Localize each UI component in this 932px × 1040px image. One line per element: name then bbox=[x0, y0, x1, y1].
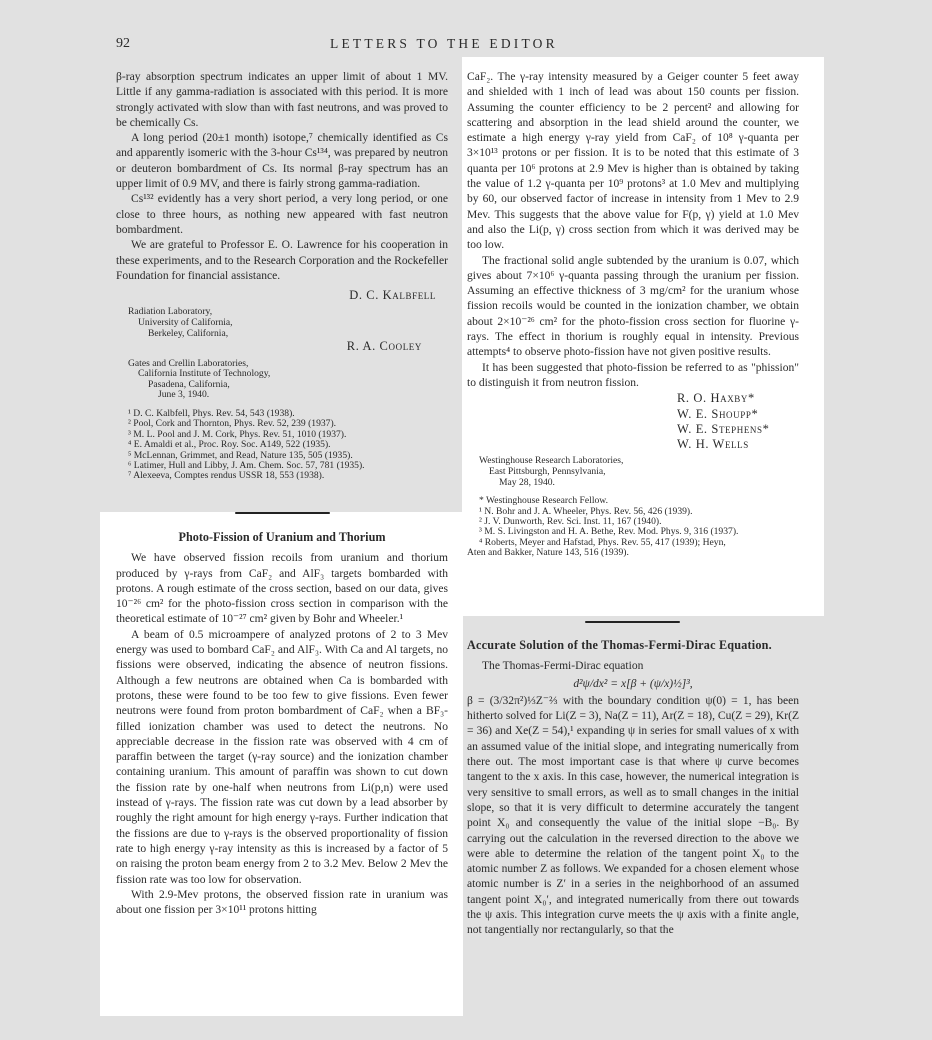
paragraph: The fractional solid angle subtended by … bbox=[467, 254, 799, 361]
paragraph: A beam of 0.5 microampere of analyzed pr… bbox=[116, 628, 448, 888]
column-right-bottom: Accurate Solution of the Thomas-Fermi-Di… bbox=[467, 628, 799, 939]
section-divider bbox=[235, 512, 330, 514]
author-signature: R. A. Cooley bbox=[116, 339, 448, 354]
references-list: * Westinghouse Research Fellow. ¹ N. Boh… bbox=[467, 496, 799, 558]
address-line: Berkeley, California, bbox=[128, 329, 448, 340]
affiliation-address: Radiation Laboratory, University of Cali… bbox=[128, 307, 448, 339]
paragraph: We have observed fission recoils from ur… bbox=[116, 551, 448, 627]
column-left-bottom: Photo-Fission of Uranium and Thorium We … bbox=[116, 520, 448, 918]
affiliation-address: Westinghouse Research Laboratories, East… bbox=[479, 456, 799, 488]
reference-item: ⁷ Alexeeva, Comptes rendus USSR 18, 553 … bbox=[128, 471, 448, 481]
reference-item: ⁴ E. Amaldi et al., Proc. Roy. Soc. A149… bbox=[128, 440, 448, 450]
article-title: Photo-Fission of Uranium and Thorium bbox=[116, 530, 448, 545]
reference-item: Aten and Bakker, Nature 143, 516 (1939). bbox=[467, 548, 799, 558]
affiliation-address: Gates and Crellin Laboratories, Californ… bbox=[128, 359, 448, 401]
author-list: R. O. Haxby* W. E. Shoupp* W. E. Stephen… bbox=[677, 391, 799, 452]
page-number: 92 bbox=[116, 36, 130, 52]
paragraph: It has been suggested that photo-fission… bbox=[467, 361, 799, 392]
paragraph: A long period (20±1 month) isotope,⁷ che… bbox=[116, 131, 448, 192]
paragraph: The Thomas-Fermi-Dirac equation bbox=[467, 659, 799, 674]
paragraph: β = (3/32π²)⅓Z⁻⅔ with the boundary condi… bbox=[467, 694, 799, 939]
paragraph: With 2.9-Mev protons, the observed fissi… bbox=[116, 888, 448, 919]
paragraph: β-ray absorption spectrum indicates an u… bbox=[116, 70, 448, 131]
paragraph: CaF₂. The γ-ray intensity measured by a … bbox=[467, 70, 799, 254]
column-left-top: β-ray absorption spectrum indicates an u… bbox=[116, 70, 448, 482]
author-signature: R. O. Haxby* bbox=[677, 391, 799, 406]
section-divider bbox=[585, 621, 680, 623]
author-signature: W. E. Stephens* bbox=[677, 422, 799, 437]
address-line: June 3, 1940. bbox=[128, 390, 448, 401]
running-head: LETTERS TO THE EDITOR bbox=[330, 36, 558, 52]
author-signature: D. C. Kalbfell bbox=[116, 288, 448, 303]
paragraph: We are grateful to Professor E. O. Lawre… bbox=[116, 238, 448, 284]
address-line: May 28, 1940. bbox=[479, 478, 799, 489]
article-title: Accurate Solution of the Thomas-Fermi-Di… bbox=[467, 638, 799, 653]
author-signature: W. H. Wells bbox=[677, 437, 799, 452]
author-signature: W. E. Shoupp* bbox=[677, 407, 799, 422]
paragraph: Cs¹³² evidently has a very short period,… bbox=[116, 192, 448, 238]
equation: d²ψ/dx² = x[β + (ψ/x)½]³, bbox=[467, 677, 799, 692]
column-right-top: CaF₂. The γ-ray intensity measured by a … bbox=[467, 70, 799, 559]
references-list: ¹ D. C. Kalbfell, Phys. Rev. 54, 543 (19… bbox=[128, 409, 448, 482]
